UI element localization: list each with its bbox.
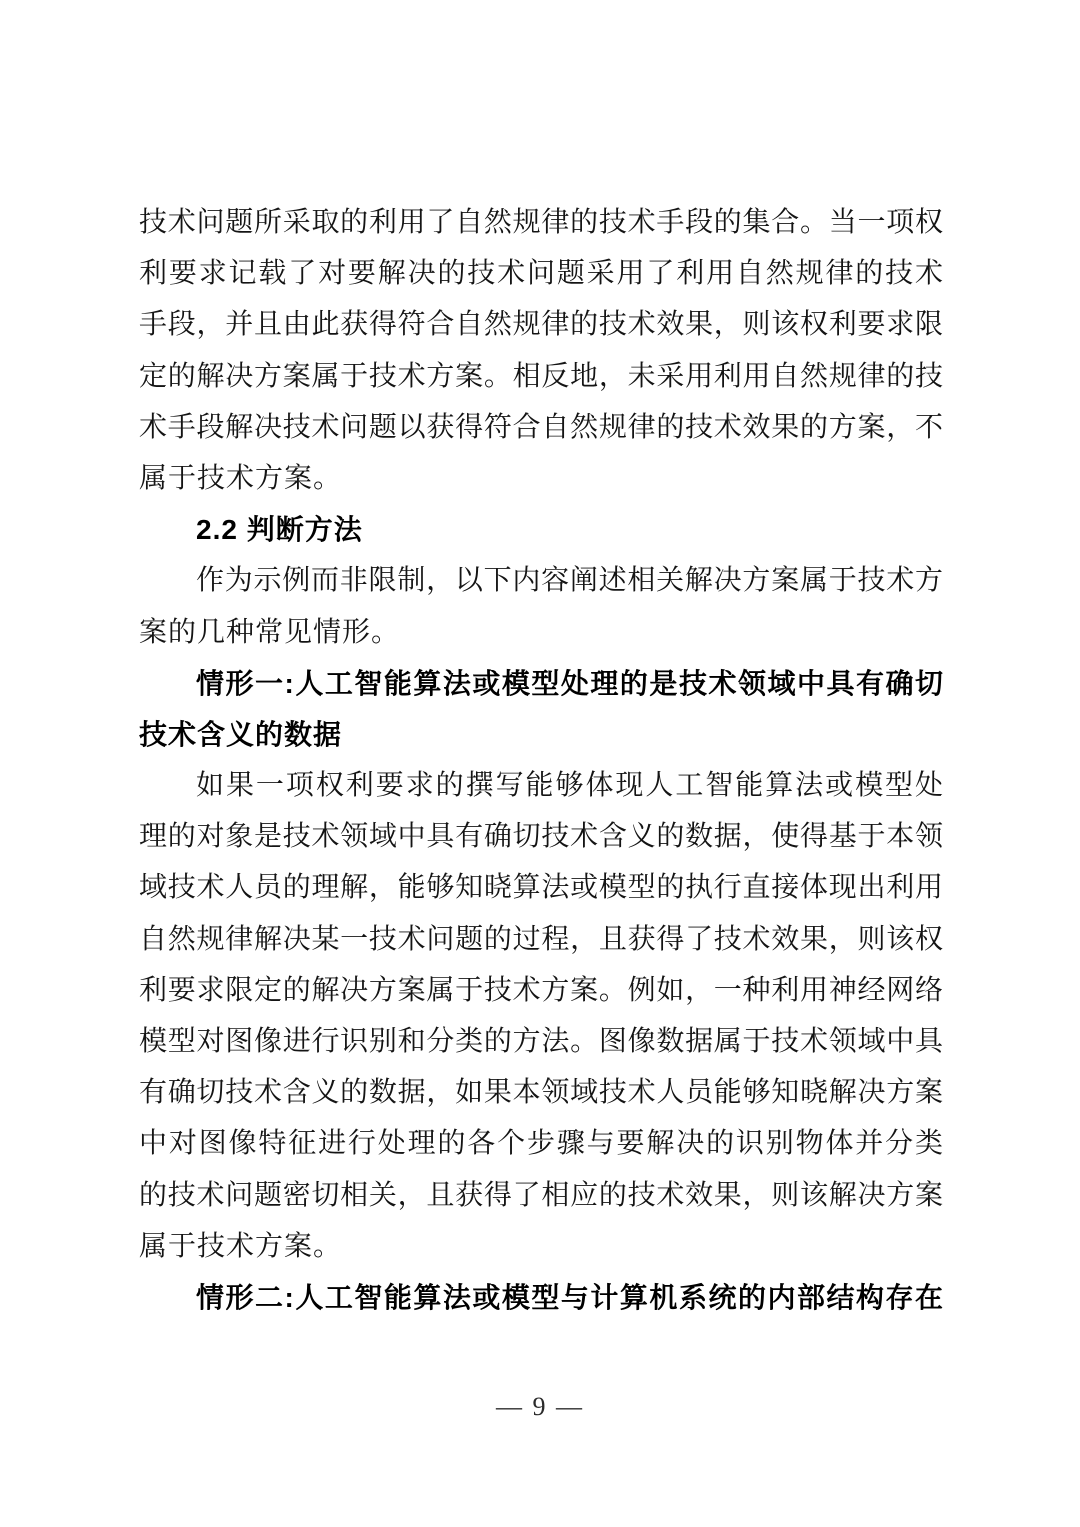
paragraph-line: 模型对图像进行识别和分类的方法。图像数据属于技术领域中具 (139, 1016, 943, 1067)
page-number: — 9 — (496, 1392, 584, 1421)
section-heading: 2.2 判断方法 (139, 504, 943, 555)
paragraph-line: 如果一项权利要求的撰写能够体现人工智能算法或模型处 (139, 760, 943, 811)
paragraph-line: 利要求限定的解决方案属于技术方案。例如，一种利用神经网络 (139, 965, 943, 1016)
paragraph-line: 利要求记载了对要解决的技术问题采用了利用自然规律的技术 (139, 248, 943, 299)
paragraph-line: 作为示例而非限制，以下内容阐述相关解决方案属于技术方 (139, 555, 943, 606)
paragraph-line: 技术问题所采取的利用了自然规律的技术手段的集合。当一项权 (139, 197, 943, 248)
paragraph-line: 自然规律解决某一技术问题的过程，且获得了技术效果，则该权 (139, 914, 943, 965)
case1-heading-line: 情形一:人工智能算法或模型处理的是技术领域中具有确切 (139, 658, 943, 709)
paragraph-line: 有确切技术含义的数据，如果本领域技术人员能够知晓解决方案 (139, 1067, 943, 1118)
case1-heading-line: 技术含义的数据 (139, 709, 943, 760)
paragraph-line: 手段，并且由此获得符合自然规律的技术效果，则该权利要求限 (139, 299, 943, 350)
paragraph-line: 理的对象是技术领域中具有确切技术含义的数据，使得基于本领 (139, 811, 943, 862)
paragraph-line: 属于技术方案。 (139, 1221, 943, 1272)
paragraph-line: 的技术问题密切相关，且获得了相应的技术效果，则该解决方案 (139, 1170, 943, 1221)
page-footer: — 9 — (0, 1390, 1080, 1424)
paragraph-line: 中对图像特征进行处理的各个步骤与要解决的识别物体并分类 (139, 1118, 943, 1169)
case2-heading-line: 情形二:人工智能算法或模型与计算机系统的内部结构存在 (139, 1272, 943, 1323)
paragraph-line: 定的解决方案属于技术方案。相反地，未采用利用自然规律的技 (139, 351, 943, 402)
paragraph-line: 术手段解决技术问题以获得符合自然规律的技术效果的方案，不 (139, 402, 943, 453)
document-body: 技术问题所采取的利用了自然规律的技术手段的集合。当一项权 利要求记载了对要解决的… (139, 197, 943, 1323)
document-page: 技术问题所采取的利用了自然规律的技术手段的集合。当一项权 利要求记载了对要解决的… (0, 0, 1080, 1527)
paragraph-line: 案的几种常见情形。 (139, 607, 943, 658)
paragraph-line: 域技术人员的理解，能够知晓算法或模型的执行直接体现出利用 (139, 862, 943, 913)
paragraph-line: 属于技术方案。 (139, 453, 943, 504)
